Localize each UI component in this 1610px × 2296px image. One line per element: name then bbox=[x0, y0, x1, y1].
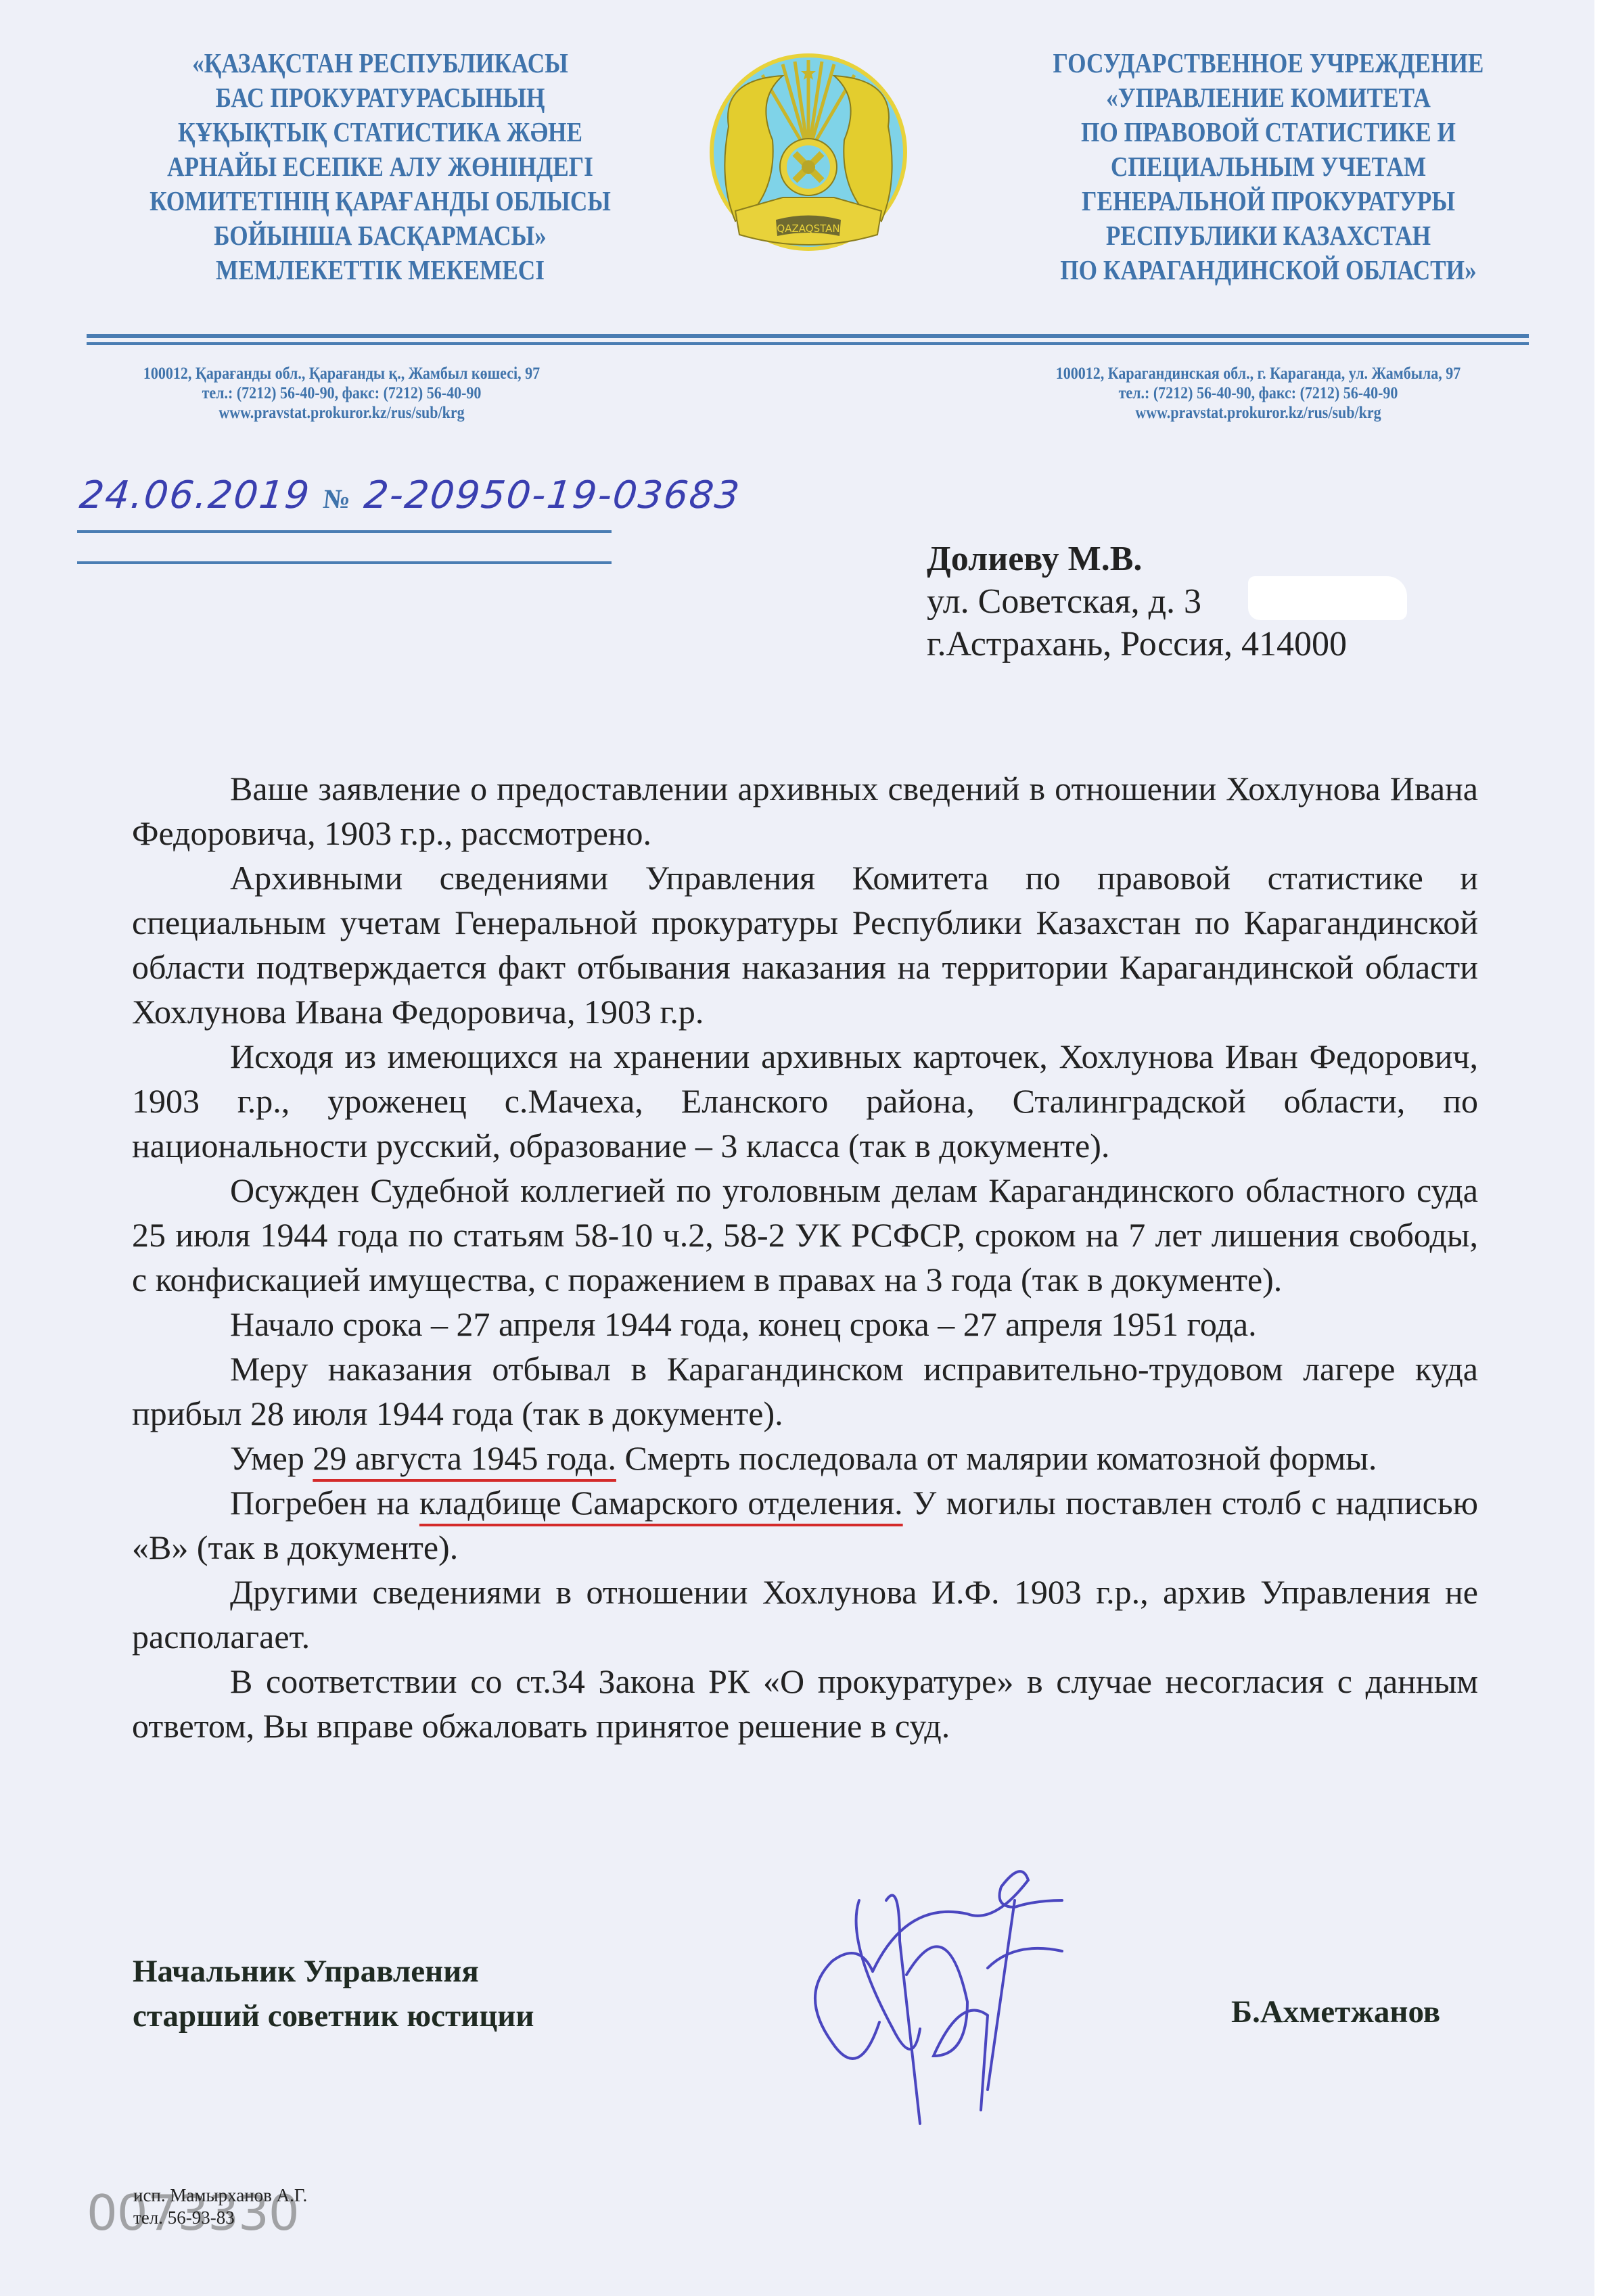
paragraph: Ваше заявление о предоставлении архивных… bbox=[132, 766, 1478, 856]
registration-number: 2-20950-19-03683 bbox=[362, 473, 743, 517]
address-line: 100012, Карагандинская обл., г. Караганд… bbox=[1008, 364, 1508, 383]
signatory-position: Начальник Управления bbox=[133, 1949, 534, 1994]
paragraph: Умер 29 августа 1945 года. Смерть послед… bbox=[132, 1436, 1478, 1480]
underlined-death-date: 29 августа 1945 года. bbox=[313, 1439, 616, 1477]
address-russian: 100012, Карагандинская обл., г. Караганд… bbox=[1008, 364, 1508, 423]
header-line: БАС ПРОКУРАТУРАСЫНЫҢ bbox=[124, 80, 637, 115]
paragraph: Начало срока – 27 апреля 1944 года, коне… bbox=[132, 1302, 1478, 1346]
recipient-city: г.Астрахань, Россия, 414000 bbox=[927, 623, 1347, 665]
redaction-mark bbox=[1248, 576, 1407, 620]
paragraph: Исходя из имеющихся на хранении архивных… bbox=[132, 1034, 1478, 1168]
registration-date: 24.06.2019 bbox=[78, 473, 313, 517]
registration-line: 24.06.2019 № 2-20950-19-03683 bbox=[78, 473, 743, 517]
kazakhstan-emblem-icon: QAZAQSTAN bbox=[708, 52, 908, 255]
signatory-name: Б.Ахметжанов bbox=[1231, 1994, 1440, 2030]
executor-block: исп. Мамырханов А.Г. тел. 56-93-83 bbox=[133, 2184, 307, 2229]
text: Смерть последовала от малярии коматозной… bbox=[616, 1439, 1377, 1477]
header-kazakh: «ҚАЗАҚСТАН РЕСПУБЛИКАСЫ БАС ПРОКУРАТУРАС… bbox=[124, 46, 637, 287]
address-line: 100012, Қарағанды обл., Қарағанды қ., Жа… bbox=[106, 364, 576, 383]
executor-name: исп. Мамырханов А.Г. bbox=[133, 2184, 307, 2207]
header-line: МЕМЛЕКЕТТІК МЕКЕМЕСІ bbox=[124, 253, 637, 287]
address-kazakh: 100012, Қарағанды обл., Қарағанды қ., Жа… bbox=[106, 364, 576, 423]
header-line: СПЕЦИАЛЬНЫМ УЧЕТАМ bbox=[1013, 149, 1525, 184]
paragraph: Другими сведениями в отношении Хохлунова… bbox=[132, 1570, 1478, 1659]
signatory-rank: старший советник юстиции bbox=[133, 1994, 534, 2038]
letter-body: Ваше заявление о предоставлении архивных… bbox=[132, 766, 1478, 1748]
header-line: «УПРАВЛЕНИЕ КОМИТЕТА bbox=[1013, 80, 1525, 115]
phone-line: тел.: (7212) 56-40-90, факс: (7212) 56-4… bbox=[1008, 383, 1508, 403]
executor-phone: тел. 56-93-83 bbox=[133, 2207, 307, 2229]
text: Умер bbox=[230, 1439, 313, 1477]
header-divider bbox=[87, 334, 1529, 338]
signatory-title: Начальник Управления старший советник юс… bbox=[133, 1949, 534, 2038]
header-line: ҚҰҚЫҚТЫҚ СТАТИСТИКА ЖӘНЕ bbox=[124, 115, 637, 149]
recipient-name: Долиеву М.В. bbox=[927, 538, 1347, 580]
header-line: ГОСУДАРСТВЕННОЕ УЧРЕЖДЕНИЕ bbox=[1013, 46, 1525, 80]
paragraph: Архивными сведениями Управления Комитета… bbox=[132, 856, 1478, 1034]
website-link[interactable]: www.pravstat.prokuror.kz/rus/sub/krg bbox=[1008, 403, 1508, 423]
header-line: «ҚАЗАҚСТАН РЕСПУБЛИКАСЫ bbox=[124, 46, 637, 80]
header-line: АРНАЙЫ ЕСЕПКЕ АЛУ ЖӨНІНДЕГІ bbox=[124, 149, 637, 184]
date-underline bbox=[77, 530, 612, 533]
header-russian: ГОСУДАРСТВЕННОЕ УЧРЕЖДЕНИЕ «УПРАВЛЕНИЕ К… bbox=[1013, 46, 1525, 287]
paragraph: В соответствии со ст.34 Закона РК «О про… bbox=[132, 1659, 1478, 1748]
header-divider bbox=[87, 342, 1529, 345]
signature-icon bbox=[744, 1860, 1082, 2130]
text: Погребен на bbox=[230, 1484, 419, 1522]
header-line: БОЙЫНША БАСҚАРМАСЫ» bbox=[124, 218, 637, 253]
number-sign: № bbox=[322, 484, 352, 514]
paragraph: Погребен на кладбище Самарского отделени… bbox=[132, 1480, 1478, 1570]
header-line: РЕСПУБЛИКИ КАЗАХСТАН bbox=[1013, 218, 1525, 253]
header-line: ГЕНЕРАЛЬНОЙ ПРОКУРАТУРЫ bbox=[1013, 184, 1525, 218]
paragraph: Меру наказания отбывал в Карагандинском … bbox=[132, 1346, 1478, 1436]
reference-underline bbox=[77, 561, 612, 564]
letter-page: «ҚАЗАҚСТАН РЕСПУБЛИКАСЫ БАС ПРОКУРАТУРАС… bbox=[0, 0, 1594, 2296]
header-line: ПО КАРАГАНДИНСКОЙ ОБЛАСТИ» bbox=[1013, 253, 1525, 287]
header-line: ПО ПРАВОВОЙ СТАТИСТИКЕ И bbox=[1013, 115, 1525, 149]
website-link[interactable]: www.pravstat.prokuror.kz/rus/sub/krg bbox=[106, 403, 576, 423]
phone-line: тел.: (7212) 56-40-90, факс: (7212) 56-4… bbox=[106, 383, 576, 403]
paragraph: Осужден Судебной коллегией по уголовным … bbox=[132, 1168, 1478, 1302]
header-line: КОМИТЕТІНІҢ ҚАРАҒАНДЫ ОБЛЫСЫ bbox=[124, 184, 637, 218]
svg-text:QAZAQSTAN: QAZAQSTAN bbox=[777, 222, 839, 235]
underlined-burial-place: кладбище Самарского отделения. bbox=[419, 1484, 903, 1522]
